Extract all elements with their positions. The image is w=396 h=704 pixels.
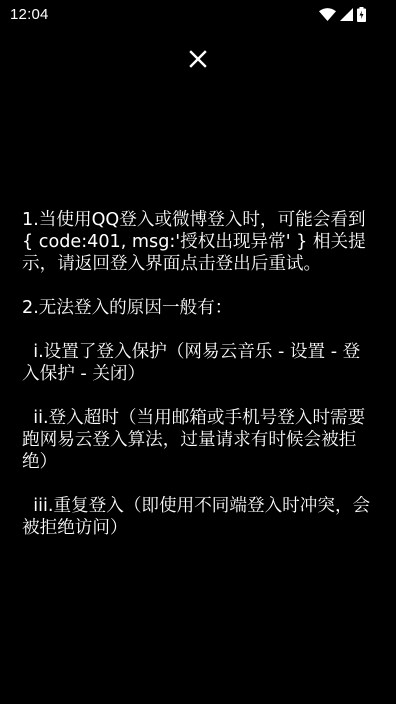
help-content: 1.当使用QQ登入或微博登入时，可能会看到{ code:401, msg:'授权… — [22, 209, 374, 539]
help-item-login-failure-reasons: 2.无法登入的原因一般有： — [22, 297, 374, 319]
cellular-signal-icon — [340, 8, 353, 21]
close-button[interactable] — [183, 46, 213, 76]
help-item-qq-weibo-login: 1.当使用QQ登入或微博登入时，可能会看到{ code:401, msg:'授权… — [22, 209, 374, 275]
status-time: 12:04 — [10, 6, 49, 23]
close-icon — [189, 50, 207, 72]
help-subitem-login-protection: i.设置了登入保护（网易云音乐 - 设置 - 登入保护 - 关闭） — [22, 341, 374, 385]
battery-charging-icon — [357, 7, 366, 22]
help-subitem-login-timeout: ii.登入超时（当用邮箱或手机号登入时需要跑网易云登入算法，过量请求有时候会被拒… — [22, 407, 374, 473]
help-subitem-duplicate-login: iii.重复登入（即使用不同端登入时冲突，会被拒绝访问） — [22, 495, 374, 539]
wifi-icon — [319, 8, 336, 21]
status-bar: 12:04 — [0, 0, 396, 28]
status-icons — [319, 7, 366, 22]
